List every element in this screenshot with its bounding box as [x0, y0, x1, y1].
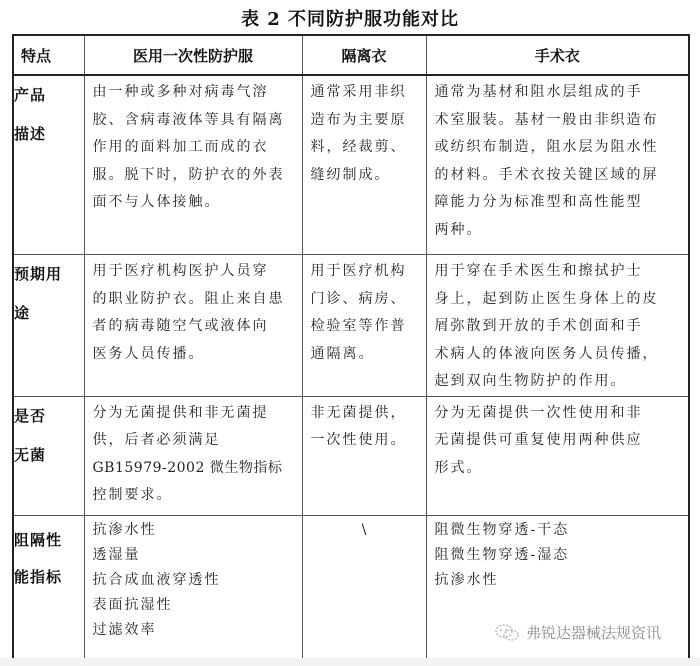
- cell-text-line: 两种。: [435, 217, 683, 245]
- cell-text-line: 控制要求。: [93, 482, 296, 510]
- table-row: 阻隔性 能指标 抗渗水性 透湿量 抗合成血液穿透性 表面抗湿性 过滤效率 \: [13, 515, 689, 666]
- cell-text-line: 医务人员传播。: [93, 341, 296, 369]
- cell-text-line: 缝纫制成。: [311, 162, 420, 190]
- cell-text-line: 抗渗水性: [93, 518, 296, 543]
- feature-label-line: 无菌: [14, 436, 84, 475]
- cell-text-line: 通常为基材和阻水层组成的手: [435, 79, 683, 107]
- header-protective-suit: 医用一次性防护服: [84, 35, 302, 75]
- feature-label-line: 能指标: [14, 559, 84, 596]
- cell-text-line: 作用的面料加工而成的衣: [93, 134, 296, 162]
- protective-suit-cell: 用于医疗机构医护人员穿 的职业防护衣。阻止来自患 者的病毒随空气或液体向 医务人…: [84, 255, 302, 397]
- cell-text-line: 的材料。手术衣按关键区域的屏: [435, 162, 683, 190]
- cell-text-line: 检验室等作普: [311, 313, 420, 341]
- protective-suit-cell: 抗渗水性 透湿量 抗合成血液穿透性 表面抗湿性 过滤效率: [84, 515, 302, 666]
- comparison-table: 特点 医用一次性防护服 隔离衣 手术衣 产品 描述 由一种或多种对病毒气溶 胶、…: [12, 34, 690, 666]
- cell-text-line: 胶、含病毒液体等具有隔离: [93, 107, 296, 135]
- cell-text-line: 术病人的体液向医务人员传播，: [435, 341, 683, 369]
- isolation-gown-cell: 用于医疗机构 门诊、病房、 检验室等作普 通隔离。: [302, 255, 426, 397]
- cell-text-line: 料，经裁剪、: [311, 134, 420, 162]
- surgical-gown-cell: 分为无菌提供一次性使用和非 无菌提供可重复使用两种供应 形式。: [426, 396, 689, 515]
- cell-text-line: 造布为主要原: [311, 107, 420, 135]
- document-page: 表 2 不同防护服功能对比 特点 医用一次性防护服 隔离衣 手术衣 产品 描述 …: [0, 0, 700, 666]
- feature-cell: 预期用 途: [13, 255, 84, 397]
- isolation-gown-cell: 通常采用非织 造布为主要原 料，经裁剪、 缝纫制成。: [302, 75, 426, 255]
- header-isolation-gown: 隔离衣: [302, 35, 426, 75]
- cell-text-line: 用于医疗机构: [311, 258, 420, 286]
- wechat-icon: [494, 623, 520, 643]
- cell-text-line: 一次性使用。: [311, 427, 420, 455]
- header-feature: 特点: [13, 35, 84, 75]
- cell-text-line: 非无菌提供，: [311, 400, 420, 428]
- bottom-strip: [0, 658, 700, 666]
- cell-text-line: 阻微生物穿透-湿态: [435, 543, 683, 568]
- protective-suit-cell: 分为无菌提供和非无菌提 供，后者必须满足 GB15979-2002 微生物指标 …: [84, 396, 302, 515]
- cell-text-line: 抗渗水性: [435, 568, 683, 593]
- cell-text-line: 透湿量: [93, 543, 296, 568]
- feature-cell: 产品 描述: [13, 75, 84, 255]
- cell-text-line: \: [311, 518, 420, 543]
- cell-text-line: 分为无菌提供和非无菌提: [93, 400, 296, 428]
- cell-text-line: 通常采用非织: [311, 79, 420, 107]
- cell-text-line: 的职业防护衣。阻止来自患: [93, 286, 296, 314]
- cell-text-line: 分为无菌提供一次性使用和非: [435, 400, 683, 428]
- table-header-row: 特点 医用一次性防护服 隔离衣 手术衣: [13, 35, 689, 75]
- cell-text-line: 用于穿在手术医生和擦拭护士: [435, 258, 683, 286]
- cell-text-line: 无菌提供可重复使用两种供应: [435, 427, 683, 455]
- cell-text-line: 门诊、病房、: [311, 286, 420, 314]
- cell-text-line: 通隔离。: [311, 341, 420, 369]
- feature-label-line: 描述: [14, 115, 84, 154]
- watermark-text: 弗锐达器械法规资讯: [526, 622, 661, 643]
- surgical-gown-cell: 用于穿在手术医生和擦拭护士 身上，起到防止医生身体上的皮 屑弥散到开放的手术创面…: [426, 255, 689, 397]
- protective-suit-cell: 由一种或多种对病毒气溶 胶、含病毒液体等具有隔离 作用的面料加工而成的衣 服。脱…: [84, 75, 302, 255]
- cell-text-line: 形式。: [435, 455, 683, 483]
- cell-text-line: 服。脱下时，防护衣的外表: [93, 162, 296, 190]
- feature-label-line: 产品: [14, 76, 84, 115]
- cell-text-line: GB15979-2002 微生物指标: [93, 455, 296, 483]
- surgical-gown-cell: 通常为基材和阻水层组成的手 术室服装。基材一般由非织造布 或纺织布制造，阻水层为…: [426, 75, 689, 255]
- surgical-gown-cell: 阻微生物穿透-干态 阻微生物穿透-湿态 抗渗水性: [426, 515, 689, 666]
- cell-text-line: 障能力分为标准型和高性能型: [435, 189, 683, 217]
- cell-text-line: 屑弥散到开放的手术创面和手: [435, 313, 683, 341]
- table-row: 是否 无菌 分为无菌提供和非无菌提 供，后者必须满足 GB15979-2002 …: [13, 396, 689, 515]
- feature-cell: 是否 无菌: [13, 396, 84, 515]
- feature-label-line: 是否: [14, 397, 84, 436]
- cell-text-line: 术室服装。基材一般由非织造布: [435, 107, 683, 135]
- cell-text-line: 或纺织布制造，阻水层为阻水性: [435, 134, 683, 162]
- cell-text-line: 身上，起到防止医生身体上的皮: [435, 286, 683, 314]
- cell-text-line: 阻微生物穿透-干态: [435, 518, 683, 543]
- cell-text-line: 起到双向生物防护的作用。: [435, 368, 683, 396]
- header-surgical-gown: 手术衣: [426, 35, 689, 75]
- cell-text-line: 抗合成血液穿透性: [93, 568, 296, 593]
- cell-text-line: 表面抗湿性: [93, 593, 296, 618]
- watermark: 弗锐达器械法规资讯: [494, 622, 661, 643]
- cell-text-line: 者的病毒随空气或液体向: [93, 313, 296, 341]
- feature-label-line: 预期用: [14, 255, 84, 294]
- table-title: 表 2 不同防护服功能对比: [0, 5, 700, 31]
- feature-label-line: 途: [14, 294, 84, 333]
- isolation-gown-cell: 非无菌提供， 一次性使用。: [302, 396, 426, 515]
- isolation-gown-cell: \: [302, 515, 426, 666]
- cell-text-line: 供，后者必须满足: [93, 427, 296, 455]
- cell-text-line: 过滤效率: [93, 618, 296, 643]
- feature-label-line: 阻隔性: [14, 522, 84, 559]
- cell-text-line: 由一种或多种对病毒气溶: [93, 79, 296, 107]
- table-row: 产品 描述 由一种或多种对病毒气溶 胶、含病毒液体等具有隔离 作用的面料加工而成…: [13, 75, 689, 255]
- feature-cell: 阻隔性 能指标: [13, 515, 84, 666]
- cell-text-line: 用于医疗机构医护人员穿: [93, 258, 296, 286]
- table-row: 预期用 途 用于医疗机构医护人员穿 的职业防护衣。阻止来自患 者的病毒随空气或液…: [13, 255, 689, 397]
- cell-text-line: 面不与人体接触。: [93, 189, 296, 217]
